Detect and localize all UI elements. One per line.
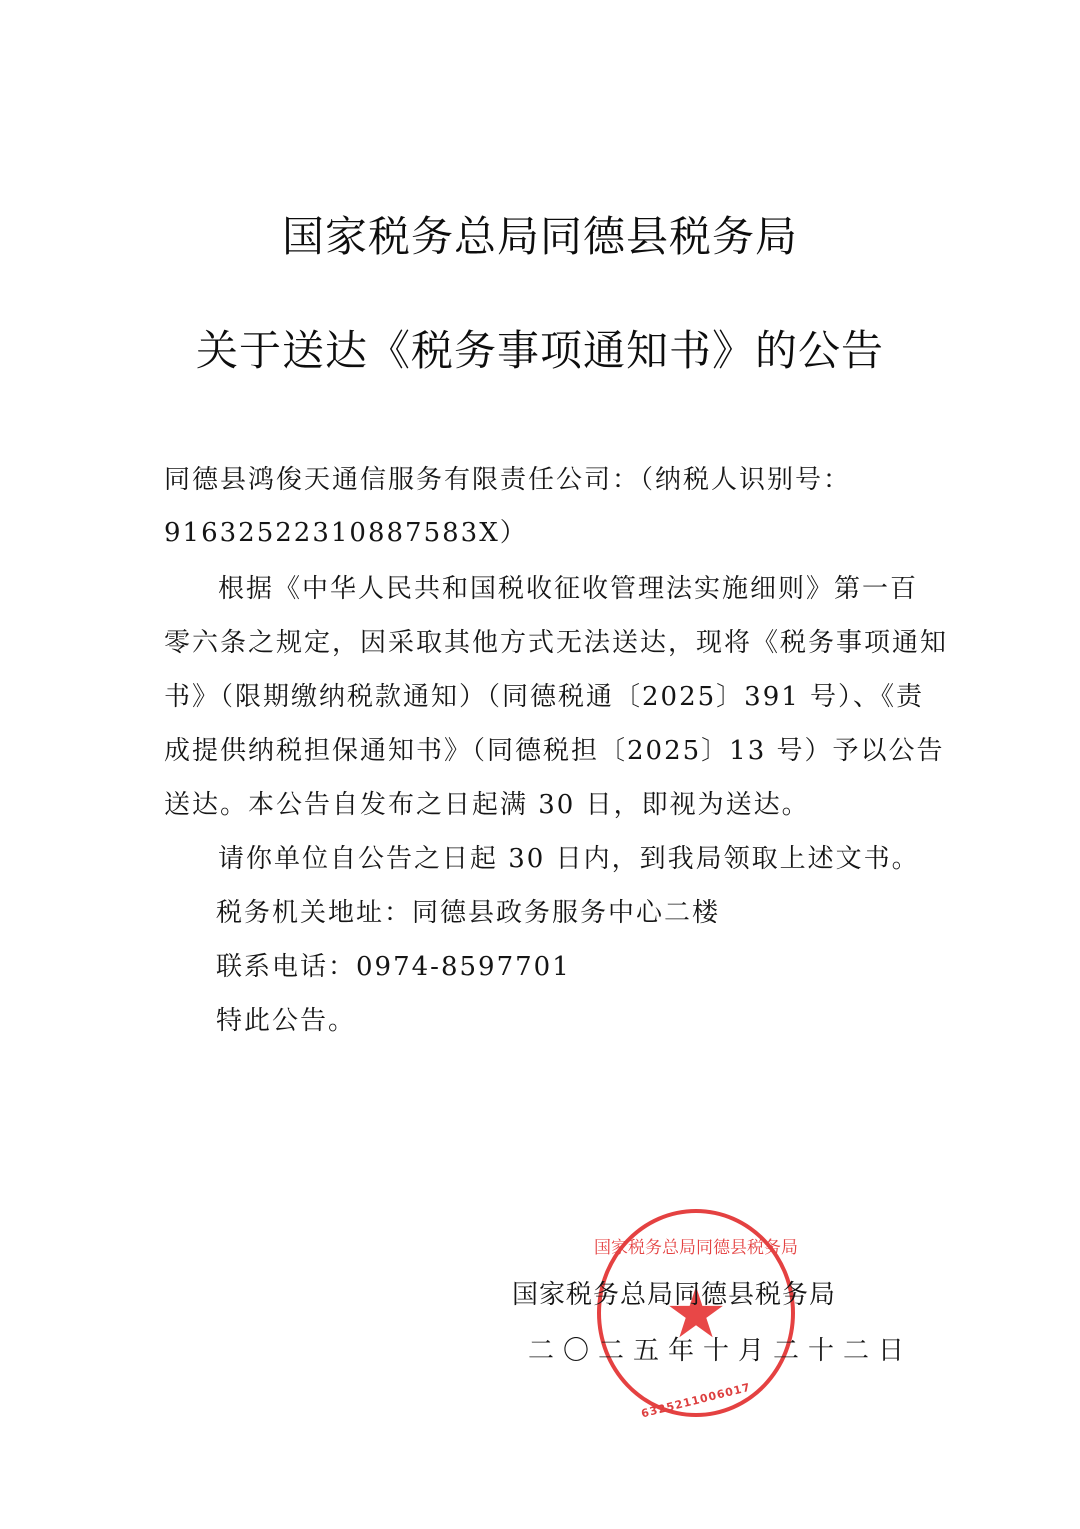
notice-title-line2: 关于送达《税务事项通知书》的公告 — [0, 318, 1080, 378]
body-paragraph1-line3: 书》（限期缴纳税款通知）（同德税通〔2025〕391 号）、《责 — [164, 676, 924, 713]
body-paragraph1-line5: 送达。本公告自发布之日起满 30 日，即视为送达。 — [164, 784, 810, 821]
closing-statement: 特此公告。 — [216, 1000, 356, 1037]
addressee-taxpayer-id: 91632522310887583X） — [164, 512, 528, 549]
addressee-line1: 同德县鸿俊天通信服务有限责任公司：（纳税人识别号： — [164, 459, 851, 496]
issuer-name: 国家税务总局同德县税务局 — [512, 1274, 836, 1311]
body-paragraph1-line2: 零六条之规定，因采取其他方式无法送达，现将《税务事项通知 — [164, 622, 948, 659]
official-seal: 国家税务总局同德县税务局 ★ 6325211006017 — [597, 1209, 795, 1417]
contact-phone: 联系电话：0974-8597701 — [216, 946, 571, 983]
seal-ring-text: 国家税务总局同德县税务局 — [594, 1233, 798, 1258]
tax-office-address: 税务机关地址：同德县政务服务中心二楼 — [216, 892, 720, 929]
notice-title-line1: 国家税务总局同德县税务局 — [0, 204, 1080, 264]
issue-date: 二〇二五年十月二十二日 — [528, 1330, 913, 1367]
body-paragraph1-line4: 成提供纳税担保通知书》（同德税担〔2025〕13 号）予以公告 — [164, 730, 945, 767]
body-paragraph2: 请你单位自公告之日起 30 日内，到我局领取上述文书。 — [218, 838, 920, 875]
seal-code: 6325211006017 — [640, 1381, 752, 1421]
body-paragraph1-line1: 根据《中华人民共和国税收征收管理法实施细则》第一百 — [218, 568, 918, 605]
